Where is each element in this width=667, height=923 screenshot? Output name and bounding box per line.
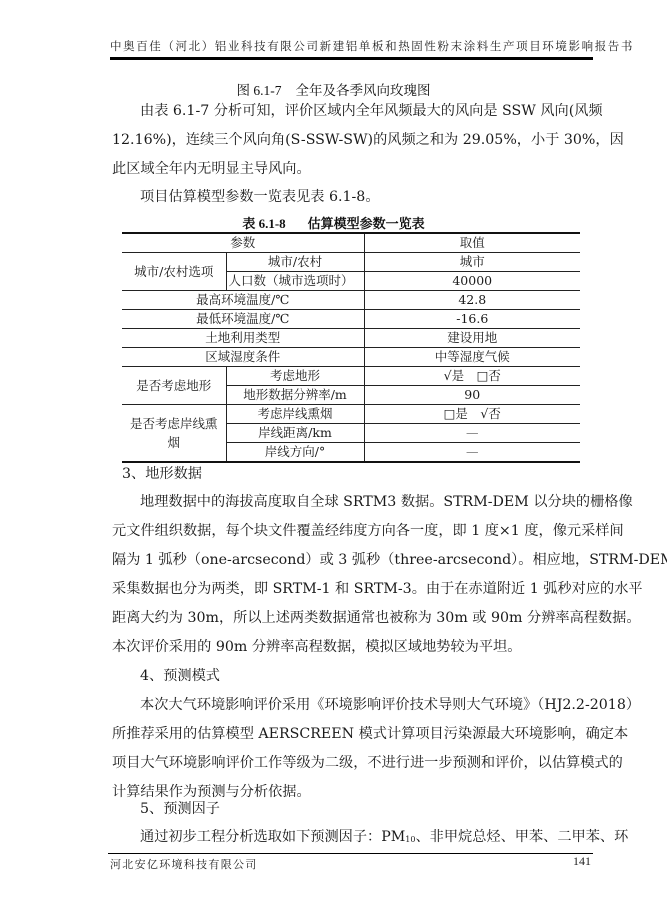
figure-number: 图 6.1-7 — [237, 83, 282, 98]
table-row: 是否考虑地形 考虑地形 √是 □否 — [122, 367, 580, 386]
table-title: 表 6.1-8估算模型参数一览表 — [0, 213, 667, 232]
header-param: 参数 — [122, 233, 364, 253]
param-value: 90 — [364, 386, 580, 405]
param-table: 参数 取值 城市/农村选项 城市/农村 城市 人口数（城市选项时） 40000 … — [122, 232, 580, 463]
param-label: 土地利用类型 — [122, 329, 364, 348]
page-number: 141 — [573, 854, 591, 869]
param-label: 岸线距离/km — [226, 424, 364, 443]
figure-caption: 图 6.1-7全年及各季风向玫瑰图 — [0, 79, 667, 99]
param-value: — — [364, 424, 580, 443]
paragraph-line: 所推荐采用的估算模型 AERSCREEN 模式计算项目污染源最大环境影响，确定本 — [112, 720, 592, 748]
factor-text-suffix: 、非甲烷总烃、甲苯、二甲苯、环 — [415, 829, 628, 845]
param-label: 人口数（城市选项时） — [226, 272, 364, 291]
table-row: 城市/农村选项 城市/农村 城市 — [122, 253, 580, 272]
param-value: √是 □否 — [364, 367, 580, 386]
paragraph-line: 本次大气环境影响评价采用《环境影响评价技术导则大气环境》（HJ2.2-2018） — [112, 691, 592, 719]
section-heading: 4、预测模式 — [112, 662, 592, 690]
section-heading: 3、地形数据 — [122, 460, 602, 488]
group-label: 是否考虑岸线熏烟 — [122, 405, 226, 463]
param-value: -16.6 — [364, 310, 580, 329]
footer-rule — [108, 853, 593, 854]
table-number: 表 6.1-8 — [242, 216, 285, 231]
table-row: 区域湿度条件 中等湿度气候 — [122, 348, 580, 367]
header-value: 取值 — [364, 233, 580, 253]
group-label: 是否考虑地形 — [122, 367, 226, 405]
header-rule — [110, 57, 593, 60]
param-value: 中等湿度气候 — [364, 348, 580, 367]
section-heading: 5、预测因子 — [112, 795, 592, 823]
paragraph-line: 项目大气环境影响评价工作等级为二级，不进行进一步预测和评价，以估算模式的 — [112, 749, 592, 777]
paragraph-line: 此区域全年内无明显主导风向。 — [112, 155, 592, 183]
param-label: 最高环境温度/℃ — [122, 291, 364, 310]
paragraph-line: 由表 6.1-7 分析可知，评价区域内全年风频最大的风向是 SSW 风向(风频 — [112, 97, 592, 125]
table-reference: 项目估算模型参数一览表见表 6.1-8。 — [112, 183, 592, 211]
paragraph-line: 本次评价采用的 90m 分辨率高程数据，模拟区域地势较为平坦。 — [112, 633, 592, 661]
param-value: 建设用地 — [364, 329, 580, 348]
param-value: 42.8 — [364, 291, 580, 310]
group-label: 城市/农村选项 — [122, 253, 226, 291]
param-label: 城市/农村 — [226, 253, 364, 272]
param-label: 考虑地形 — [226, 367, 364, 386]
paragraph-line: 采集数据也分为两类，即 SRTM-1 和 SRTM-3。由于在赤道附近 1 弧秒… — [112, 575, 592, 603]
table-row: 最高环境温度/℃ 42.8 — [122, 291, 580, 310]
footer-company: 河北安亿环境科技有限公司 — [110, 856, 258, 872]
param-label: 最低环境温度/℃ — [122, 310, 364, 329]
param-value: □是 √否 — [364, 405, 580, 424]
table-header-row: 参数 取值 — [122, 233, 580, 253]
param-label: 区域湿度条件 — [122, 348, 364, 367]
paragraph-line: 通过初步工程分析选取如下预测因子：PM10、非甲烷总烃、甲苯、二甲苯、环 — [112, 823, 592, 851]
param-label: 考虑岸线熏烟 — [226, 405, 364, 424]
table-row: 最低环境温度/℃ -16.6 — [122, 310, 580, 329]
factor-subscript: 10 — [405, 835, 415, 844]
param-value: 40000 — [364, 272, 580, 291]
paragraph-line: 地理数据中的海拔高度取自全球 SRTM3 数据。STRM-DEM 以分块的栅格像 — [112, 488, 592, 516]
paragraph-line: 12.16%)，连续三个风向角(S-SSW-SW)的风频之和为 29.05%，小… — [112, 126, 592, 154]
table-title-text: 估算模型参数一览表 — [308, 217, 425, 232]
table-row: 土地利用类型 建设用地 — [122, 329, 580, 348]
page-header: 中奥百佳（河北）铝业科技有限公司新建铝单板和热固性粉末涂料生产项目环境影响报告书 — [110, 38, 593, 54]
paragraph-line: 距离大约为 30m，所以上述两类数据通常也被称为 30m 或 90m 分辨率高程… — [112, 604, 592, 632]
table-row: 是否考虑岸线熏烟 考虑岸线熏烟 □是 √否 — [122, 405, 580, 424]
param-label: 地形数据分辨率/m — [226, 386, 364, 405]
param-value: 城市 — [364, 253, 580, 272]
paragraph-line: 隔为 1 弧秒（one-arcsecond）或 3 弧秒（three-arcse… — [112, 546, 592, 574]
factor-text-prefix: 通过初步工程分析选取如下预测因子：PM — [140, 829, 405, 845]
paragraph-line: 元文件组织数据，每个块文件覆盖经纬度方向各一度，即 1 度×1 度，像元采样间 — [112, 517, 592, 545]
